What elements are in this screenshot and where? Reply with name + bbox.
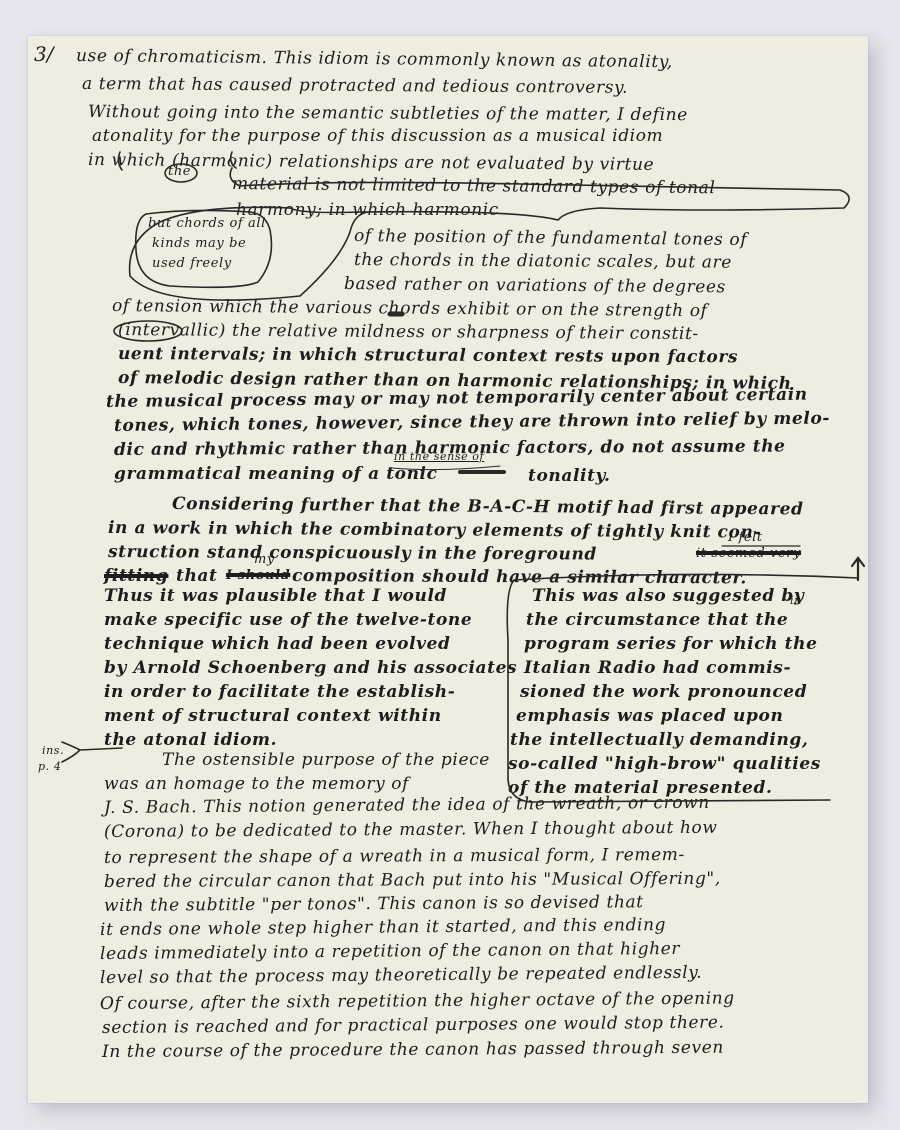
boxed-note-line: the circumstance that the [526, 610, 788, 630]
left-column-line: by Arnold Schoenberg and his associates [104, 658, 517, 678]
margin-note: p. 4 [38, 760, 61, 773]
text-line: that [176, 566, 217, 586]
text-line: of the position of the fundamental tones… [354, 226, 747, 250]
left-column-line: in order to facilitate the establish- [104, 682, 455, 702]
text-line: grammatical meaning of a tonic [114, 464, 438, 484]
text-line: atonality for the purpose of this discus… [92, 126, 663, 146]
text-line: based rather on variations of the degree… [344, 274, 726, 297]
bubble-note-line: used freely [152, 256, 232, 271]
insert-above: my [254, 552, 275, 567]
text-line: uent intervals; in which structural cont… [118, 344, 738, 367]
insertion-line: harmony; in which harmonic [236, 200, 499, 220]
text-line: (intervallic) the relative mildness or s… [118, 320, 699, 344]
struck-text: fitting [104, 566, 168, 586]
bubble-note-line: kinds may be [152, 236, 246, 251]
text-line: Without going into the semantic subtleti… [88, 102, 688, 125]
struck-text: I should [226, 568, 290, 583]
struck-text: it seemed very [696, 546, 801, 561]
text-line: a term that has caused protracted and te… [82, 74, 628, 98]
text-line: with the subtitle "per tonos". This cano… [104, 892, 644, 916]
insert-above: in the sense of [394, 450, 484, 463]
bubble-note-line: but chords of all [148, 216, 266, 231]
text-line: the chords in the diatonic scales, but a… [354, 250, 732, 273]
text-line: was an homage to the memory of [104, 774, 409, 794]
boxed-note-line: This was also suggested by [532, 586, 804, 606]
left-column-line: the atonal idiom. [104, 730, 277, 750]
left-column-line: ment of structural context within [104, 706, 442, 726]
boxed-note-line: Italian Radio had commis- [524, 658, 791, 678]
text-line: struction stand conspicuously in the for… [108, 542, 597, 565]
circled-insert-word: the [168, 164, 191, 179]
left-column-line: Thus it was plausible that I would [104, 586, 447, 606]
left-column-line: make specific use of the twelve-tone [104, 610, 472, 630]
left-column-line: technique which had been evolved [104, 634, 451, 654]
margin-note: ins. [42, 744, 64, 757]
text-line: bered the circular canon that Bach put i… [104, 869, 721, 892]
text-line: The ostensible purpose of the piece [162, 750, 490, 770]
text-line: to represent the shape of a wreath in a … [104, 845, 685, 868]
boxed-note-line: so-called "high-brow" qualities [508, 754, 821, 774]
boxed-note-line: sioned the work pronounced [520, 682, 807, 702]
text-line-end: tonality. [528, 466, 611, 486]
page-number: 3/ [34, 42, 53, 66]
boxed-note-line: emphasis was placed upon [516, 706, 783, 726]
insert-above: I felt [728, 530, 763, 545]
boxed-note-line: program series for which the [524, 634, 818, 654]
insertion-line: material is not limited to the standard … [232, 174, 716, 198]
boxed-note-line: the intellectually demanding, [510, 730, 808, 750]
text-line: (Corona) to be dedicated to the master. … [104, 818, 718, 842]
